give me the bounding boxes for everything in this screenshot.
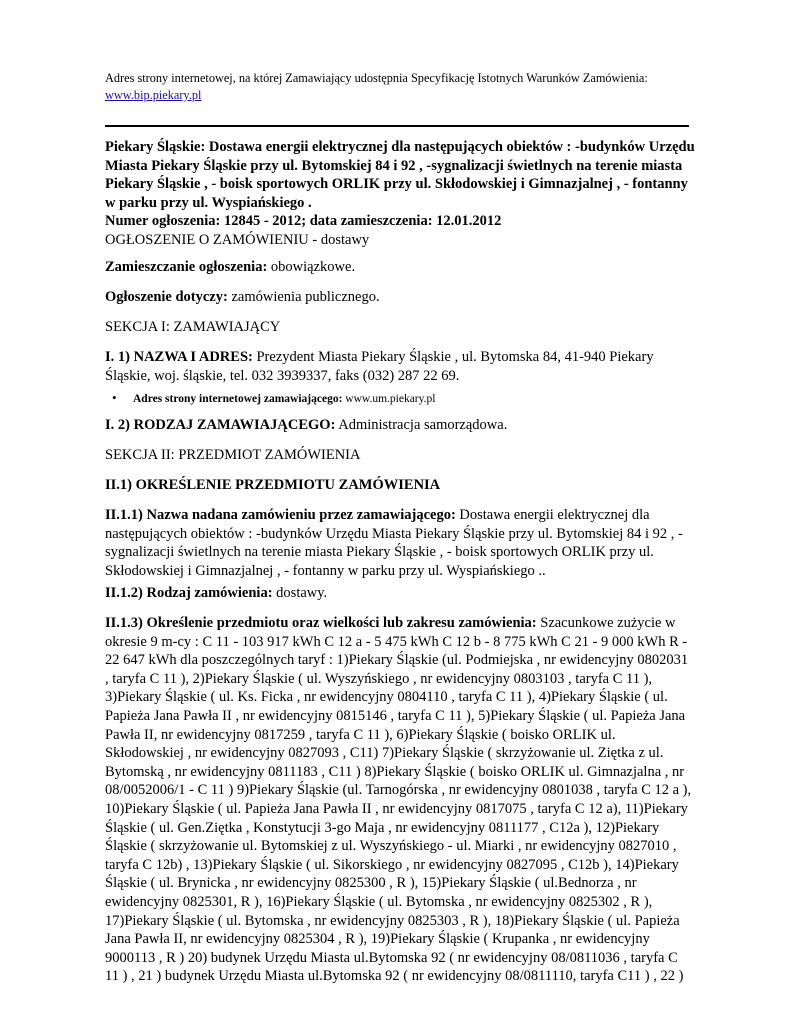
- placement-field: Zamieszczanie ogłoszenia: obowiązkowe.: [105, 258, 695, 277]
- placement-value: obowiązkowe.: [267, 259, 355, 275]
- spec-url-link[interactable]: www.bip.piekary.pl: [105, 88, 201, 102]
- website-label: Adres strony internetowej zamawiającego:: [133, 393, 342, 405]
- contracting-type-label: I. 2) RODZAJ ZAMAWIAJĄCEGO:: [105, 417, 335, 433]
- name-address-label: I. 1) NAZWA I ADRES:: [105, 349, 253, 365]
- section-2-heading: SEKCJA II: PRZEDMIOT ZAMÓWIENIA: [105, 446, 695, 465]
- bullet-icon: •: [105, 390, 133, 405]
- section-1-heading: SEKCJA I: ZAMAWIAJĄCY: [105, 318, 695, 337]
- contract-type-label: II.1.2) Rodzaj zamówienia:: [105, 585, 273, 601]
- scope-field: II.1.3) Określenie przedmiotu oraz wielk…: [105, 614, 695, 986]
- notice-number: Numer ogłoszenia: 12845 - 2012; data zam…: [105, 213, 501, 229]
- contract-name-label: II.1.1) Nazwa nadana zamówieniu przez za…: [105, 507, 456, 523]
- website-bullet: •Adres strony internetowej zamawiającego…: [105, 390, 695, 407]
- concerns-label: Ogłoszenie dotyczy:: [105, 289, 228, 305]
- horizontal-rule: [105, 125, 689, 127]
- concerns-field: Ogłoszenie dotyczy: zamówienia publiczne…: [105, 288, 695, 307]
- concerns-value: zamówienia publicznego.: [228, 289, 380, 305]
- spec-url-note: Adres strony internetowej, na której Zam…: [105, 70, 705, 104]
- placement-label: Zamieszczanie ogłoszenia:: [105, 259, 267, 275]
- contract-name-field: II.1.1) Nazwa nadana zamówieniu przez za…: [105, 506, 695, 580]
- contract-type-value: dostawy.: [273, 585, 328, 601]
- contracting-type-value: Administracja samorządowa.: [335, 417, 507, 433]
- spec-url-label: Adres strony internetowej, na której Zam…: [105, 71, 648, 85]
- scope-value: Szacunkowe zużycie w okresie 9 m-cy : C …: [105, 615, 691, 984]
- subject-heading: II.1) OKREŚLENIE PRZEDMIOTU ZAMÓWIENIA: [105, 476, 695, 495]
- contracting-type-field: I. 2) RODZAJ ZAMAWIAJĄCEGO: Administracj…: [105, 416, 695, 435]
- notice-title-block: Piekary Śląskie: Dostawa energii elektry…: [105, 138, 695, 250]
- name-address-field: I. 1) NAZWA I ADRES: Prezydent Miasta Pi…: [105, 348, 695, 385]
- scope-label: II.1.3) Określenie przedmiotu oraz wielk…: [105, 615, 537, 631]
- contract-type-field: II.1.2) Rodzaj zamówienia: dostawy.: [105, 584, 695, 603]
- website-value: www.um.piekary.pl: [342, 393, 435, 405]
- notice-title: Piekary Śląskie: Dostawa energii elektry…: [105, 139, 695, 211]
- notice-type: OGŁOSZENIE O ZAMÓWIENIU - dostawy: [105, 232, 369, 248]
